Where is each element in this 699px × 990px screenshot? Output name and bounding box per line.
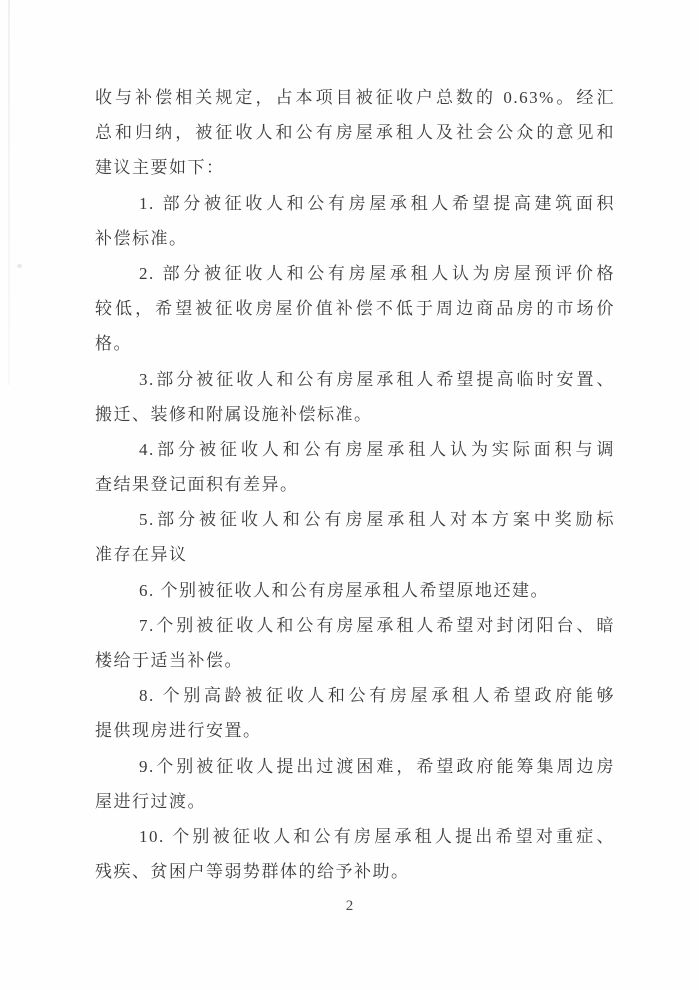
text-line-p0-l2: 建议主要如下：: [95, 150, 615, 185]
page-number: 2: [0, 898, 699, 915]
text-line-p0-l1: 总和归纳，被征收人和公有房屋承租人及社会公众的意见和: [95, 115, 615, 150]
text-line-p8-l1: 提供现房进行安置。: [95, 713, 615, 748]
text-line-p2-l0: 2. 部分被征收人和公有房屋承租人认为房屋预评价格: [95, 256, 615, 291]
text-line-p4-l1: 查结果登记面积有差异。: [95, 467, 615, 502]
text-line-p8-l0: 8. 个别高龄被征收人和公有房屋承租人希望政府能够: [95, 678, 615, 713]
text-line-p6-l0: 6. 个别被征收人和公有房屋承租人希望原地还建。: [95, 573, 615, 608]
text-line-p10-l1: 残疾、贫困户等弱势群体的给予补助。: [95, 854, 615, 889]
text-line-p2-l2: 格。: [95, 326, 615, 361]
text-line-p5-l1: 准存在异议: [95, 537, 615, 572]
text-line-p7-l0: 7.个别被征收人和公有房屋承租人希望对封闭阳台、暗: [95, 608, 615, 643]
text-line-p3-l0: 3.部分被征收人和公有房屋承租人希望提高临时安置、: [95, 362, 615, 397]
text-line-p0-l0: 收与补偿相关规定，占本项目被征收户总数的 0.63%。经汇: [95, 80, 615, 115]
scan-speck-artifact: [17, 264, 22, 268]
scanned-document-page: 收与补偿相关规定，占本项目被征收户总数的 0.63%。经汇总和归纳，被征收人和公…: [0, 0, 699, 990]
text-line-p3-l1: 搬迁、装修和附属设施补偿标准。: [95, 397, 615, 432]
text-line-p1-l1: 补偿标准。: [95, 221, 615, 256]
text-line-p10-l0: 10. 个别被征收人和公有房屋承租人提出希望对重症、: [95, 819, 615, 854]
text-line-p4-l0: 4.部分被征收人和公有房屋承租人认为实际面积与调: [95, 432, 615, 467]
text-line-p5-l0: 5.部分被征收人和公有房屋承租人对本方案中奖励标: [95, 502, 615, 537]
document-body: 收与补偿相关规定，占本项目被征收户总数的 0.63%。经汇总和归纳，被征收人和公…: [95, 80, 615, 889]
text-line-p2-l1: 较低，希望被征收房屋价值补偿不低于周边商品房的市场价: [95, 291, 615, 326]
text-line-p7-l1: 楼给于适当补偿。: [95, 643, 615, 678]
text-line-p1-l0: 1. 部分被征收人和公有房屋承租人希望提高建筑面积: [95, 186, 615, 221]
text-line-p9-l0: 9.个别被征收人提出过渡困难，希望政府能筹集周边房: [95, 749, 615, 784]
scan-edge-shadow: [8, 0, 10, 385]
text-line-p9-l1: 屋进行过渡。: [95, 784, 615, 819]
